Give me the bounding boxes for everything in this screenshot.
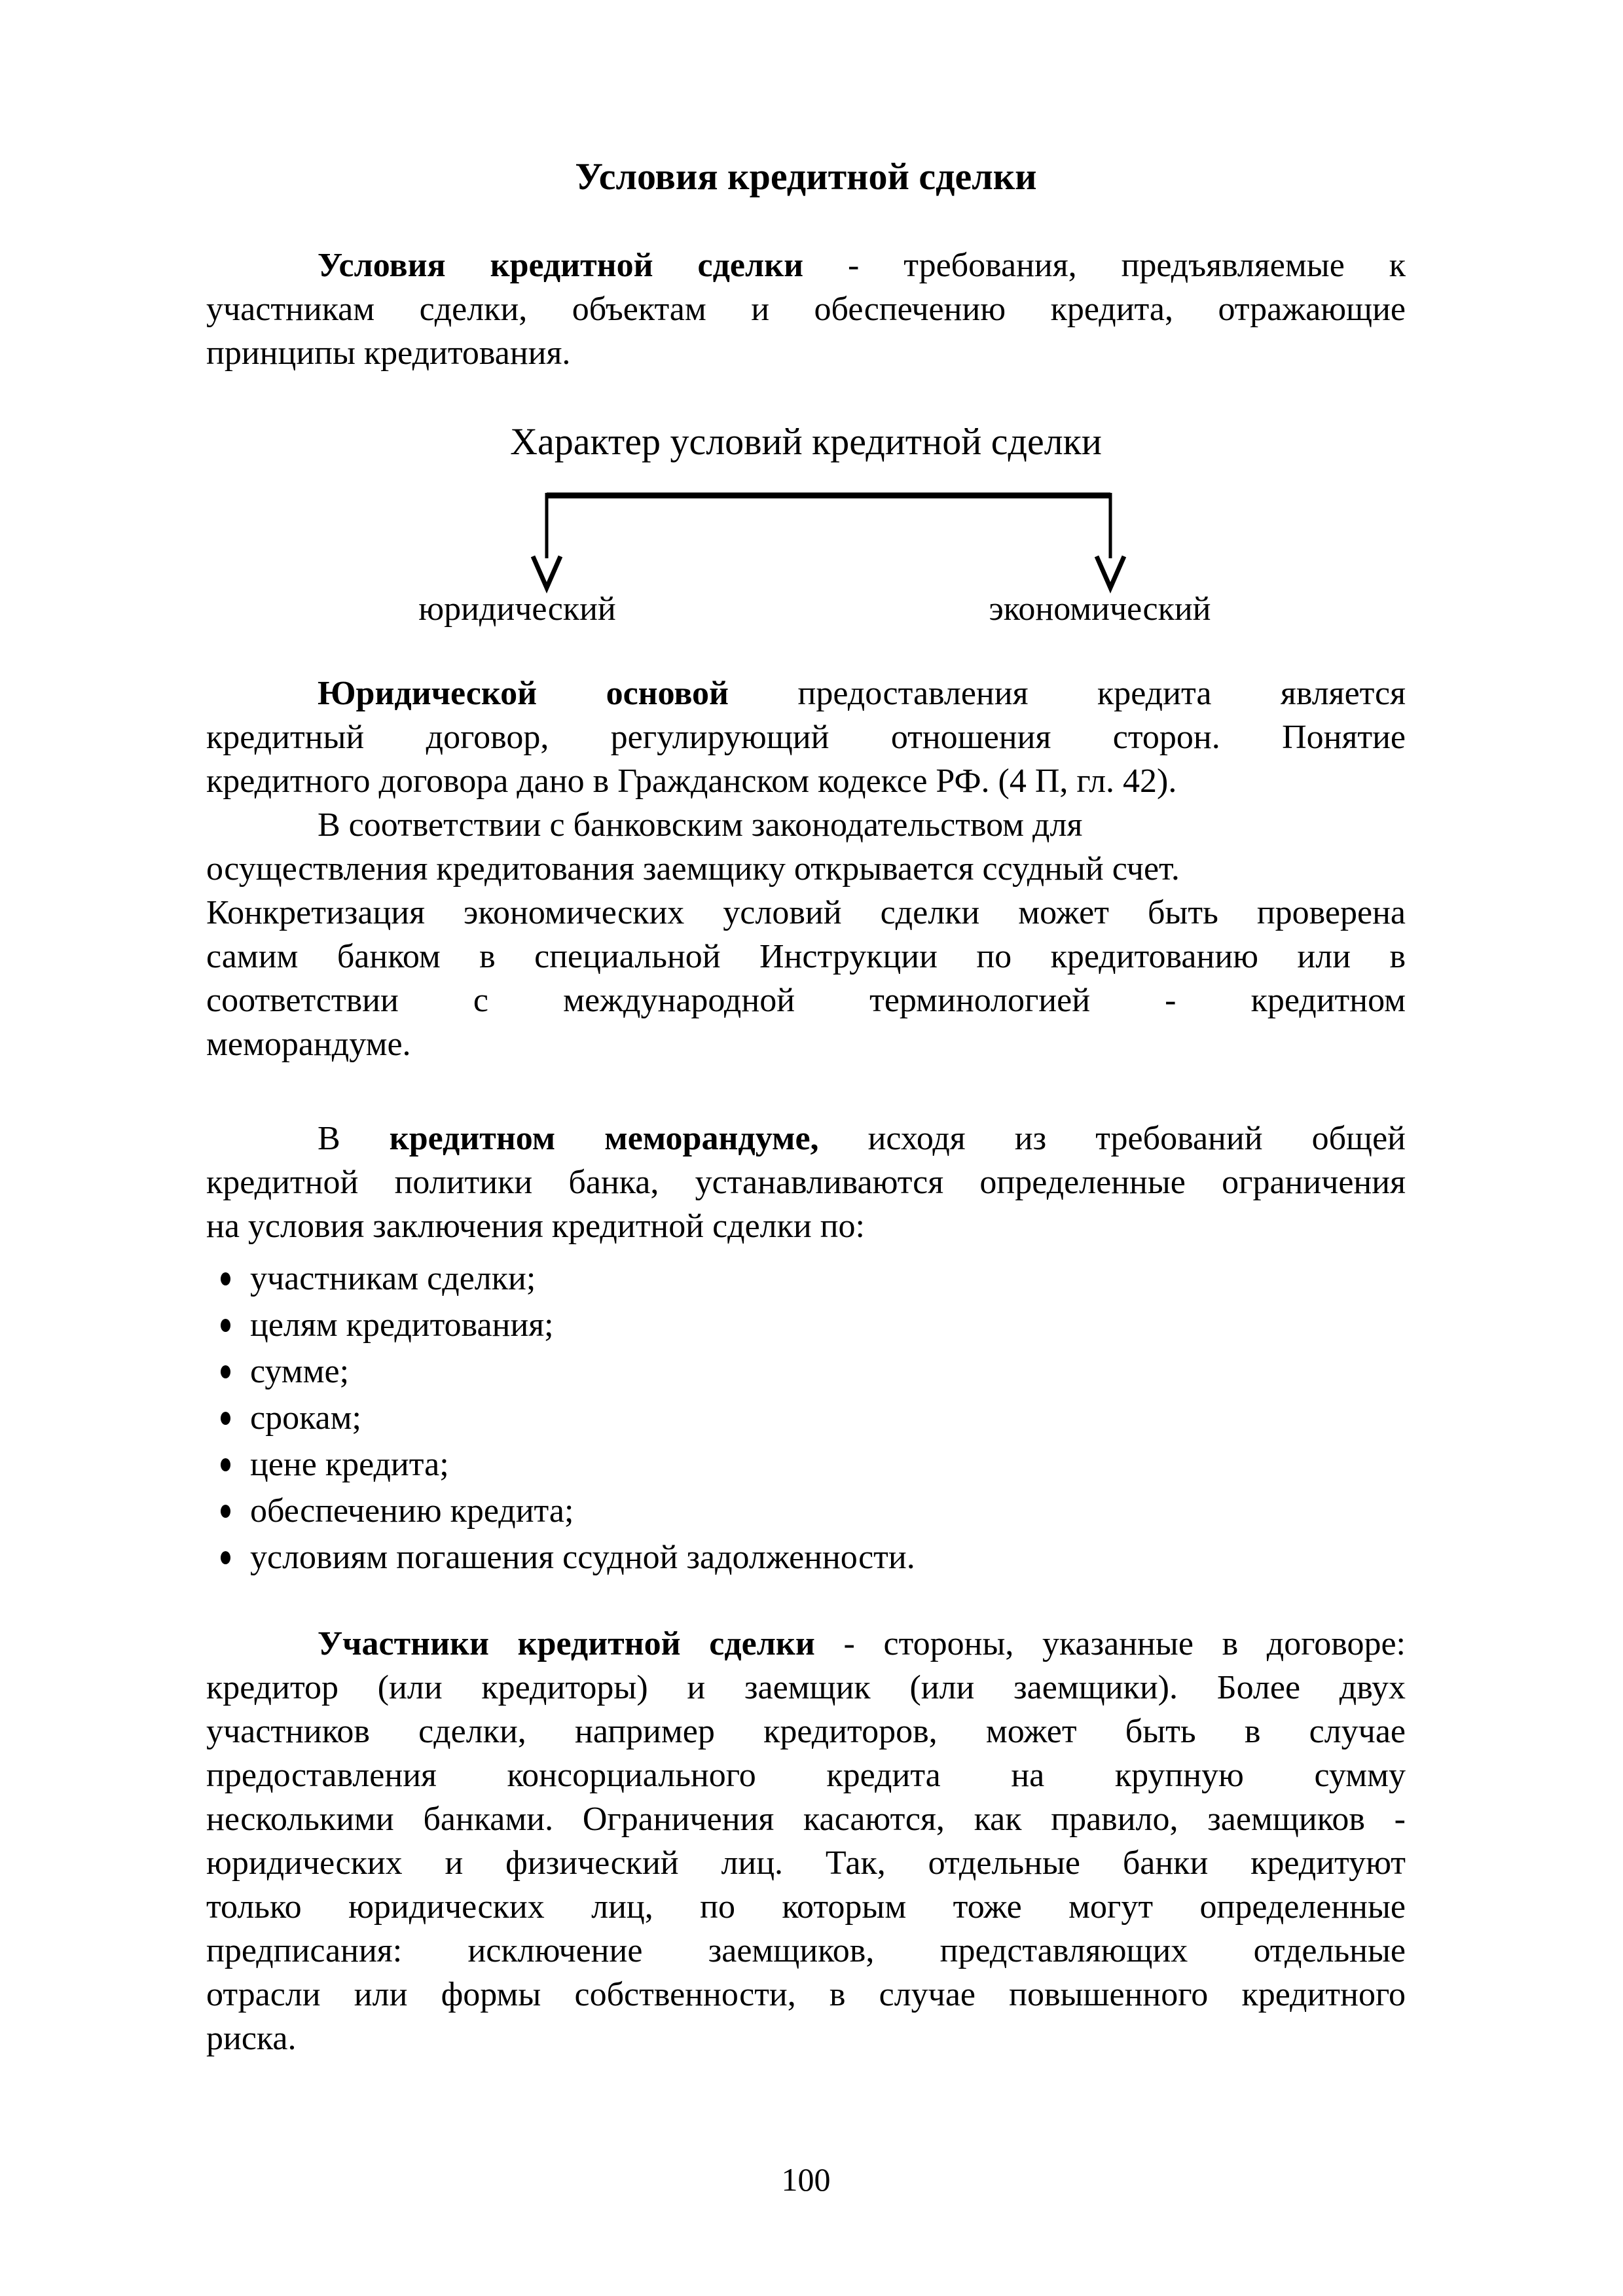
page-number: 100 bbox=[206, 2159, 1406, 2200]
bullet-item: участникам сделки; bbox=[206, 1255, 1406, 1302]
diagram-label-economic: экономический bbox=[953, 587, 1247, 631]
text-line: соответствии с международной терминологи… bbox=[206, 978, 1406, 1022]
text-line: меморандуме. bbox=[206, 1022, 1406, 1066]
arrow-down-icon bbox=[533, 556, 560, 588]
text-line: Участники кредитной сделки - стороны, ук… bbox=[206, 1622, 1406, 1666]
bullet-item: срокам; bbox=[206, 1395, 1406, 1441]
text-line: Условия кредитной сделки - требования, п… bbox=[206, 243, 1406, 287]
paragraph-credit-memorandum: В кредитном меморандуме, исходя из требо… bbox=[206, 1117, 1406, 1248]
text-line: отрасли или формы собственности, в случа… bbox=[206, 1973, 1406, 2017]
paragraph-definition: Условия кредитной сделки - требования, п… bbox=[206, 243, 1406, 375]
text-line: принципы кредитования. bbox=[206, 331, 1406, 375]
bullet-dot-icon bbox=[221, 1365, 230, 1378]
text-line: на условия заключения кредитной сделки п… bbox=[206, 1204, 1406, 1248]
text-line: Конкретизация экономических условий сдел… bbox=[206, 891, 1406, 935]
bullet-dot-icon bbox=[221, 1412, 230, 1425]
text-line: кредитной политики банка, устанавливаютс… bbox=[206, 1160, 1406, 1204]
text-line: Юридической основой предоставления креди… bbox=[206, 672, 1406, 715]
bullet-item: целям кредитования; bbox=[206, 1302, 1406, 1348]
bullet-text: обеспечению кредита; bbox=[250, 1488, 574, 1534]
text-line: кредитного договора дано в Гражданском к… bbox=[206, 759, 1406, 803]
bullet-text: сумме; bbox=[250, 1348, 349, 1395]
text-line: несколькими банками. Ограничения касаютс… bbox=[206, 1797, 1406, 1841]
paragraph-participants: Участники кредитной сделки - стороны, ук… bbox=[206, 1622, 1406, 2060]
text-line: осуществления кредитования заемщику откр… bbox=[206, 847, 1406, 891]
text-line: В соответствии с банковским законодатель… bbox=[206, 803, 1406, 847]
diagram-label-legal: юридический bbox=[370, 587, 665, 631]
text-line: участникам сделки, объектам и обеспечени… bbox=[206, 287, 1406, 331]
bracket-diagram bbox=[514, 484, 1142, 599]
text-line: предписания: исключение заемщиков, предс… bbox=[206, 1929, 1406, 1973]
bullet-dot-icon bbox=[221, 1319, 230, 1332]
bullet-dot-icon bbox=[221, 1458, 230, 1471]
bullet-text: целям кредитования; bbox=[250, 1302, 554, 1348]
text-line: кредитор (или кредиторы) и заемщик (или … bbox=[206, 1666, 1406, 1710]
bullet-text: срокам; bbox=[250, 1395, 361, 1441]
bullet-item: цене кредита; bbox=[206, 1441, 1406, 1488]
bullet-item: сумме; bbox=[206, 1348, 1406, 1395]
text-line: самим банком в специальной Инструкции по… bbox=[206, 935, 1406, 978]
text-line: юридических и физический лиц. Так, отдел… bbox=[206, 1841, 1406, 1885]
bullet-text: условиям погашения ссудной задолженности… bbox=[250, 1534, 915, 1581]
bullet-dot-icon bbox=[221, 1272, 230, 1285]
paragraph-legal-basis: Юридической основой предоставления креди… bbox=[206, 672, 1406, 1066]
page-title: Условия кредитной сделки bbox=[206, 154, 1406, 200]
arrow-down-icon bbox=[1097, 556, 1124, 588]
bullet-item: обеспечению кредита; bbox=[206, 1488, 1406, 1534]
bullet-text: участникам сделки; bbox=[250, 1255, 536, 1302]
diagram-heading: Характер условий кредитной сделки bbox=[206, 419, 1406, 465]
document-page: Условия кредитной сделки Условия кредитн… bbox=[0, 0, 1623, 2296]
text-line: риска. bbox=[206, 2017, 1406, 2060]
bullet-item: условиям погашения ссудной задолженности… bbox=[206, 1534, 1406, 1581]
text-line: участников сделки, например кредиторов, … bbox=[206, 1710, 1406, 1753]
text-line: кредитный договор, регулирующий отношени… bbox=[206, 715, 1406, 759]
bullet-text: цене кредита; bbox=[250, 1441, 449, 1488]
bullet-dot-icon bbox=[221, 1551, 230, 1564]
text-line: В кредитном меморандуме, исходя из требо… bbox=[206, 1117, 1406, 1160]
bullet-list: участникам сделки;целям кредитования;сум… bbox=[206, 1255, 1406, 1581]
bullet-dot-icon bbox=[221, 1505, 230, 1518]
text-line: предоставления консорциального кредита н… bbox=[206, 1753, 1406, 1797]
text-line: только юридических лиц, по которым тоже … bbox=[206, 1885, 1406, 1929]
